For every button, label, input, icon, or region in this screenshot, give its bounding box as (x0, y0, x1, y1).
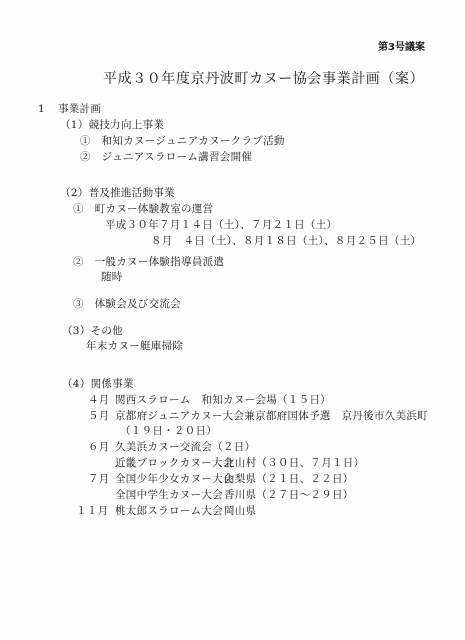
event-name: 桃太郎スラローム大会 (115, 505, 223, 518)
subsection-2-item-1: ① 町カヌー体験教室の運営 (73, 203, 213, 216)
subsection-2-label: （2）普及推進活動事業 (60, 187, 175, 200)
subsection-2-item-2-note: 随時 (101, 271, 123, 284)
subsection-2-item-3: ③ 体験会及び交流会 (73, 298, 181, 311)
event-name: 全国中学生カヌー大会 (115, 489, 223, 502)
document-page: 第3号議案 平成３０年度京丹波町カヌー協会事業計画（案） 1 事業計画 （1）競… (0, 0, 465, 640)
event-month: ４月 (88, 394, 110, 407)
section-heading: 事業計画 (58, 103, 101, 116)
event-place: 山梨県（２１日、２２日） (224, 473, 354, 486)
subsection-1-item-1: ① 和知カヌージュニアカヌークラブ活動 (80, 135, 285, 148)
event-month: ６月 (88, 441, 110, 454)
document-id: 第3号議案 (378, 38, 425, 53)
subsection-2-item-1-dates-2: ８月 ４日（土）、８月１８日（土）、８月２５日（土） (151, 235, 421, 248)
event-place: 北山村（３０日、７月１日） (224, 457, 364, 470)
event-name: 全国少年少女カヌー大会 (115, 473, 234, 486)
subsection-2-item-1-dates-1: 平成３０年７月１４日（土）、７月２１日（土） (105, 219, 337, 232)
section-number: 1 (38, 103, 45, 116)
event-name: 近畿ブロックカヌー大会 (115, 457, 234, 470)
event-name: 京都府ジュニアカヌー大会兼京都府国体予選 京丹後市久美浜町 (115, 410, 428, 423)
subsection-1-label: （1）競技力向上事業 (60, 119, 164, 132)
event-name: （１９日・２０日） (120, 425, 217, 438)
event-place: 香川県（２７日～２９日） (224, 489, 354, 502)
subsection-3-label: （3）その他 (62, 325, 123, 338)
subsection-3-item: 年末カヌー艇庫掃除 (86, 340, 183, 353)
subsection-1-item-2: ② ジュニアスラローム講習会開催 (80, 151, 252, 164)
event-month: ５月 (88, 410, 110, 423)
page-title: 平成３０年度京丹波町カヌー協会事業計画（案） (103, 68, 424, 88)
event-place: 岡山県 (224, 505, 256, 518)
event-month: ７月 (88, 473, 110, 486)
event-name: 関西スラローム 和知カヌー会場（１５日） (115, 394, 331, 407)
event-month: １１月 (76, 505, 108, 518)
subsection-4-label: （4）関係事業 (62, 378, 134, 391)
subsection-2-item-2: ② 一般カヌー体験指導員派遣 (73, 256, 224, 269)
event-name: 久美浜カヌー交流会（２日） (115, 441, 255, 454)
